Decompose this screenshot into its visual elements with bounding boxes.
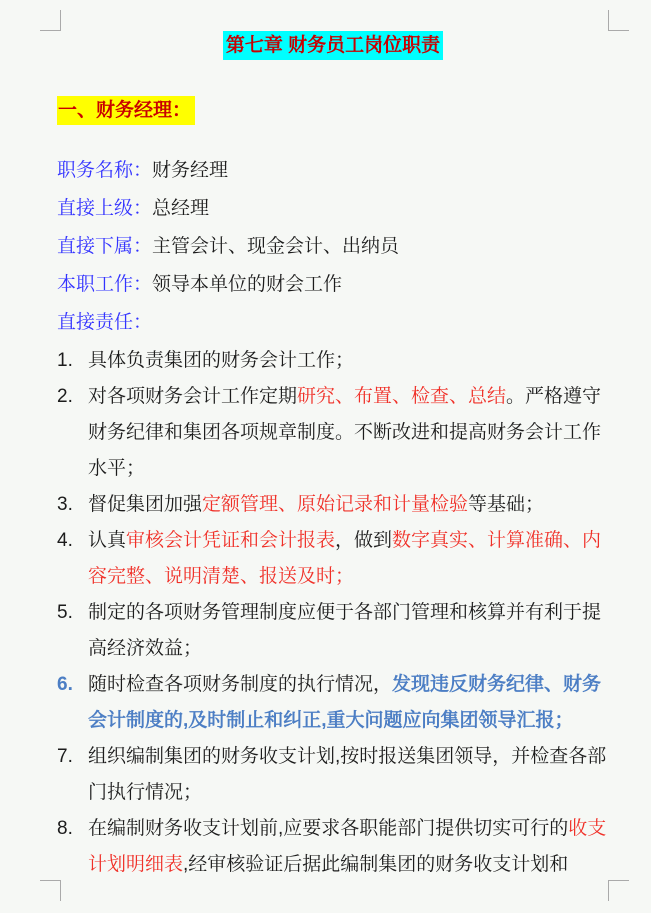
- field-label: 直接责任：: [57, 312, 152, 333]
- text-segment: 随时检查各项财务制度的执行情况，: [88, 674, 392, 695]
- text-segment: 等基础；: [468, 494, 544, 515]
- field-row: 职务名称：财务经理: [57, 152, 609, 190]
- text-segment: 研究、布置、检查、总结: [297, 386, 506, 407]
- field-value: 总经理: [152, 198, 209, 219]
- list-item: 4.认真审核会计凭证和会计报表，做到数字真实、计算准确、内容完整、说明清楚、报送…: [57, 523, 609, 595]
- field-value: 领导本单位的财会工作: [152, 274, 342, 295]
- field-label: 职务名称：: [57, 160, 152, 181]
- item-number: 6.: [57, 667, 88, 703]
- list-item: 3.督促集团加强定额管理、原始记录和计量检验等基础；: [57, 487, 609, 523]
- field-row: 直接责任：: [57, 304, 609, 342]
- list-item: 2.对各项财务会计工作定期研究、布置、检查、总结。严格遵守财务纪律和集团各项规章…: [57, 379, 609, 487]
- field-value: 财务经理: [152, 160, 228, 181]
- field-row: 本职工作：领导本单位的财会工作: [57, 266, 609, 304]
- item-number: 8.: [57, 811, 88, 847]
- text-segment: ,经审核验证后据此编制集团的财务收支计划和: [183, 854, 568, 875]
- chapter-title: 第七章 财务员工岗位职责: [223, 31, 443, 60]
- list-item: 8.在编制财务收支计划前,应要求各职能部门提供切实可行的收支计划明细表,经审核验…: [57, 811, 609, 883]
- text-segment: 具体负责集团的财务会计工作；: [88, 350, 354, 371]
- field-row: 直接上级：总经理: [57, 190, 609, 228]
- text-segment: 制定的各项财务管理制度应便于各部门管理和核算并有利于提高经济效益；: [88, 602, 601, 659]
- text-segment: ，做到: [335, 530, 392, 551]
- item-number: 5.: [57, 595, 88, 631]
- document-page: { "doc": { "title": "第七章 财务员工岗位职责", "sec…: [0, 0, 651, 913]
- text-segment: 定额管理、原始记录和计量检验: [202, 494, 468, 515]
- crop-mark-bottom-left: [40, 880, 61, 901]
- item-number: 4.: [57, 523, 88, 559]
- list-item: 7.组织编制集团的财务收支计划,按时报送集团领导，并检查各部门执行情况；: [57, 739, 609, 811]
- document-content: 第七章 财务员工岗位职责 一、财务经理： 职务名称：财务经理直接上级：总经理直接…: [57, 30, 609, 883]
- item-number: 7.: [57, 739, 88, 775]
- list-item: 1.具体负责集团的财务会计工作；: [57, 343, 609, 379]
- text-segment: 督促集团加强: [88, 494, 202, 515]
- list-item: 5.制定的各项财务管理制度应便于各部门管理和核算并有利于提高经济效益；: [57, 595, 609, 667]
- title-row: 第七章 财务员工岗位职责: [57, 30, 609, 61]
- section-heading: 一、财务经理：: [57, 96, 195, 125]
- item-number: 3.: [57, 487, 88, 523]
- field-label: 本职工作：: [57, 274, 152, 295]
- section-row: 一、财务经理：: [57, 96, 609, 126]
- item-number: 1.: [57, 343, 88, 379]
- item-number: 2.: [57, 379, 88, 415]
- crop-mark-top-right: [608, 10, 629, 31]
- crop-mark-top-left: [40, 10, 61, 31]
- list-item: 6.随时检查各项财务制度的执行情况，发现违反财务纪律、财务会计制度的,及时制止和…: [57, 667, 609, 739]
- field-list: 职务名称：财务经理直接上级：总经理直接下属：主管会计、现金会计、出纳员本职工作：…: [57, 152, 609, 342]
- field-row: 直接下属：主管会计、现金会计、出纳员: [57, 228, 609, 266]
- crop-mark-bottom-right: [608, 880, 629, 901]
- text-segment: 组织编制集团的财务收支计划,按时报送集团领导，并检查各部门执行情况；: [88, 746, 606, 803]
- field-value: 主管会计、现金会计、出纳员: [152, 236, 399, 257]
- text-segment: 在编制财务收支计划前,应要求各职能部门提供切实可行的: [88, 818, 568, 839]
- text-segment: 对各项财务会计工作定期: [88, 386, 297, 407]
- field-label: 直接下属：: [57, 236, 152, 257]
- text-segment: 认真: [88, 530, 126, 551]
- field-label: 直接上级：: [57, 198, 152, 219]
- duty-list: 1.具体负责集团的财务会计工作；2.对各项财务会计工作定期研究、布置、检查、总结…: [57, 343, 609, 883]
- text-segment: 审核会计凭证和会计报表: [126, 530, 335, 551]
